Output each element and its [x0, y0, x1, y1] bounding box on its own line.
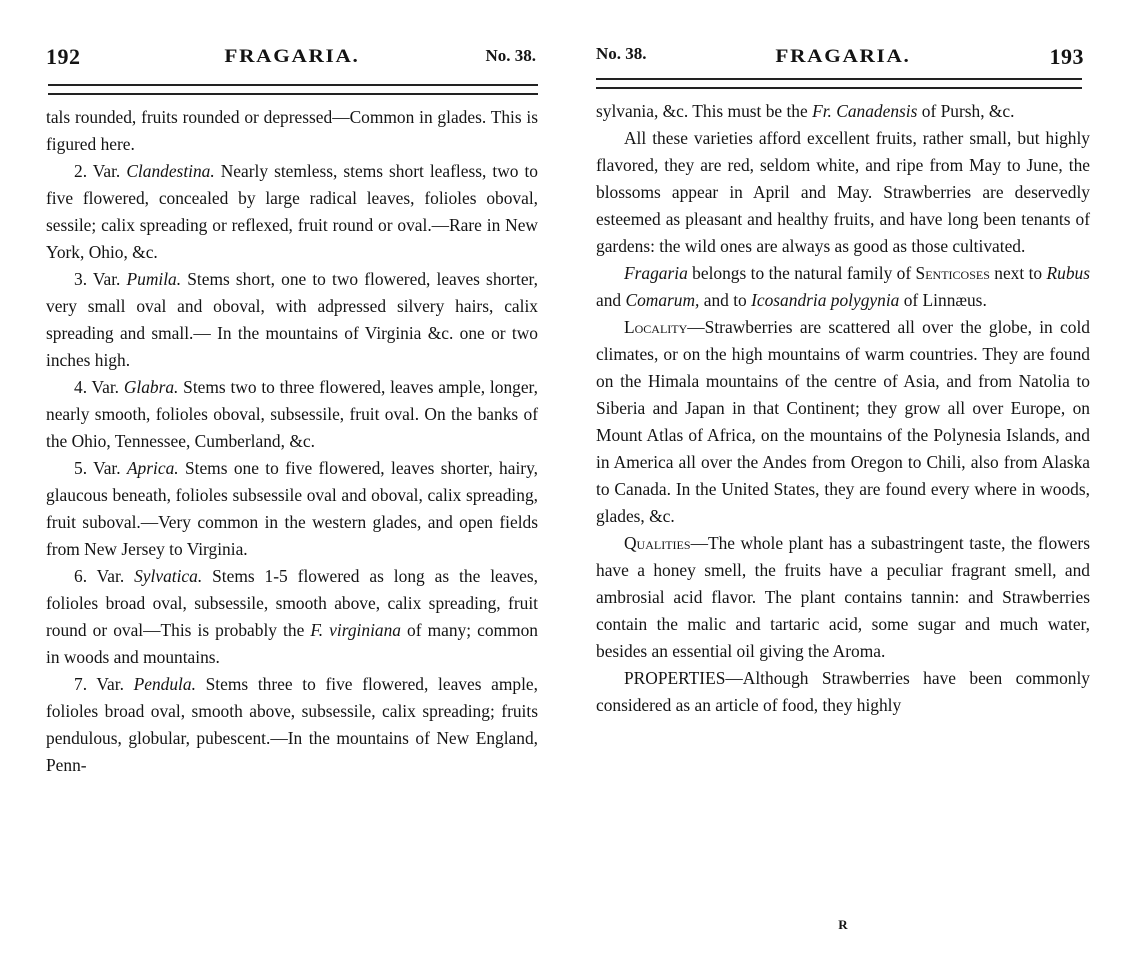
paragraph: tals rounded, fruits rounded or depresse… [46, 104, 538, 158]
italic-term: Fr. Canadensis [812, 101, 917, 121]
text-run: 6. Var. [74, 566, 134, 586]
italic-term: Icosandria polygynia [751, 290, 899, 310]
paragraph: Locality—Strawberries are scattered all … [596, 314, 1090, 530]
text-run: 3. Var. [74, 269, 127, 289]
paragraph: 3. Var. Pumila. Stems short, one to two … [46, 266, 538, 374]
double-rule-divider [596, 78, 1082, 89]
text-run: 5. Var. [74, 458, 127, 478]
italic-term: Clandestina. [126, 161, 214, 181]
italic-term: Glabra. [124, 377, 179, 397]
text-run: 2. Var. [74, 161, 126, 181]
signature-mark: R [596, 917, 1090, 933]
italic-term: F. virginiana [310, 620, 401, 640]
left-page: 192 FRAGARIA. No. 38. tals rounded, frui… [46, 0, 538, 953]
page-number: 193 [1050, 44, 1085, 70]
text-run: and to [699, 290, 751, 310]
number-label: No. 38. [485, 46, 536, 66]
italic-term: Comarum, [625, 290, 699, 310]
italic-term: Sylvatica. [134, 566, 202, 586]
paragraph: sylvania, &c. This must be the Fr. Canad… [596, 98, 1090, 125]
paragraph: 6. Var. Sylvatica. Stems 1-5 flowered as… [46, 563, 538, 671]
paragraph: 5. Var. Aprica. Stems one to five flower… [46, 455, 538, 563]
running-head: No. 38. FRAGARIA. 193 [596, 44, 1090, 70]
right-page: No. 38. FRAGARIA. 193 sylvania, &c. This… [596, 0, 1090, 953]
italic-term: Fragaria [624, 263, 688, 283]
paragraph: Qualities—The whole plant has a subastri… [596, 530, 1090, 665]
text-run: of Linnæus. [899, 290, 986, 310]
small-caps-heading: Qualities [624, 533, 691, 553]
text-run: of Pursh, &c. [917, 101, 1014, 121]
text-run: All these varieties afford excellent fru… [596, 128, 1090, 256]
text-run: and [596, 290, 625, 310]
small-caps-heading: Locality [624, 317, 687, 337]
paragraph: All these varieties afford excellent fru… [596, 125, 1090, 260]
body-text: sylvania, &c. This must be the Fr. Canad… [596, 98, 1090, 719]
body-text: tals rounded, fruits rounded or depresse… [46, 104, 538, 779]
running-head: 192 FRAGARIA. No. 38. [46, 44, 538, 70]
text-run: belongs to the natural family of [688, 263, 916, 283]
text-run: tals rounded, fruits rounded or depresse… [46, 107, 538, 154]
paragraph: 4. Var. Glabra. Stems two to three flowe… [46, 374, 538, 455]
text-run: —Strawberries are scattered all over the… [596, 317, 1090, 526]
paragraph: 2. Var. Clandestina. Nearly stemless, st… [46, 158, 538, 266]
text-run: 4. Var. [74, 377, 124, 397]
running-title: FRAGARIA. [566, 46, 1119, 68]
paragraph: Fragaria belongs to the natural family o… [596, 260, 1090, 314]
italic-term: Pendula. [134, 674, 196, 694]
small-caps-heading: Senticoses [916, 263, 990, 283]
paragraph: PROPERTIES—Although Strawberries have be… [596, 665, 1090, 719]
text-run: 7. Var. [74, 674, 134, 694]
text-run: sylvania, &c. This must be the [596, 101, 812, 121]
italic-term: Aprica. [127, 458, 179, 478]
text-run: next to [990, 263, 1047, 283]
double-rule-divider [48, 84, 538, 95]
text-run: PROPERTIES—Although Strawberries have be… [596, 668, 1090, 715]
italic-term: Rubus [1047, 263, 1090, 283]
italic-term: Pumila. [127, 269, 182, 289]
paragraph: 7. Var. Pendula. Stems three to five flo… [46, 671, 538, 779]
